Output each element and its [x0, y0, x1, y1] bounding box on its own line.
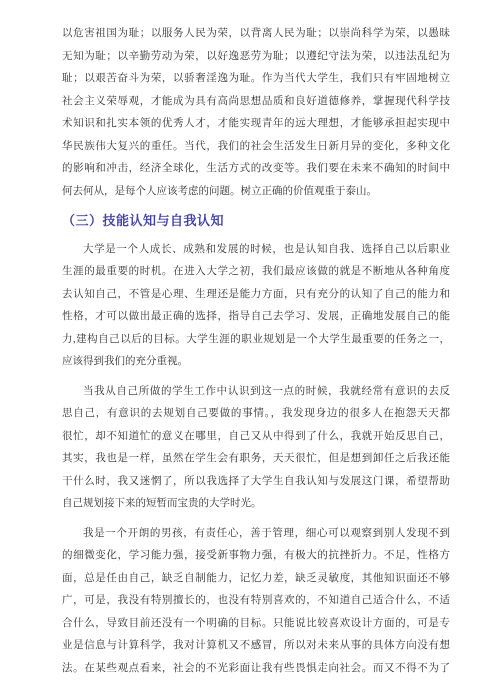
text-line: 的细微变化，学习能力强，接受新事物力强，有极大的抗挫折力。不足，性格方: [62, 545, 450, 568]
text-line: 业是信息与计算科学，我对计算机又不感冒，所以对未来从事的具体方向没有想: [62, 635, 450, 658]
paragraph: 以危害祖国为耻；以服务人民为荣，以背离人民为耻；以崇尚科学为荣，以愚昧无知为耻；…: [62, 23, 450, 203]
text-line: 很忙，却不知道忙的意义在哪里，自己又从中得到了什么，我就开始反思自己，: [62, 426, 450, 449]
text-line: 术知识和扎实本领的优秀人才，才能实现青年的远大理想，才能够承担起实现中: [62, 113, 450, 136]
text-line: 去认知自己，不管是心理、生理还是能力方面，只有充分的认知了自己的能力和: [62, 284, 450, 307]
document-content: 以危害祖国为耻；以服务人民为荣，以背离人民为耻；以崇尚科学为荣，以愚昧无知为耻；…: [0, 0, 500, 680]
text-line: 耻；以艰苦奋斗为荣，以骄奢淫逸为耻。作为当代大学生，我们只有牢固地树立: [62, 68, 450, 91]
text-line: 何去何从，是每个人应该考虑的问题。树立正确的价值观重于泰山。: [62, 181, 450, 204]
paragraph: 当我从自己所做的学生工作中认识到这一点的时候，我就经常有意识的去反思自己，有意识…: [62, 381, 450, 516]
text-line: 无知为耻；以辛勤劳动为荣，以好逸恶劳为耻；以遵纪守法为荣，以违法乱纪为: [62, 46, 450, 69]
text-line: 以危害祖国为耻；以服务人民为荣，以背离人民为耻；以崇尚科学为荣，以愚昧: [62, 23, 450, 46]
text-line: 自己规划接下来的短暂而宝贵的大学时光。: [62, 493, 450, 516]
text-line: 力,建构自己以后的目标。大学生涯的职业规划是一个大学生最重要的任务之一，: [62, 329, 450, 352]
text-line: 性格，才可以做出最正确的选择，指导自己去学习、发展，正确地发展自己的能: [62, 306, 450, 329]
text-line: 生涯的最重要的时机。在进入大学之初，我们最应该做的就是不断地从各种角度: [62, 261, 450, 284]
text-line: 面，总是任由自己，缺乏自制能力，记忆力差，缺乏灵敏度，其他知识面还不够: [62, 568, 450, 591]
text-line: 广，可是，我没有特别擅长的，也没有特别喜欢的，不知道自己适合什么，不适: [62, 590, 450, 613]
text-line: 我是一个开朗的男孩，有责任心，善于管理，细心可以观察到别人发现不到: [62, 523, 450, 546]
paragraph: 我是一个开朗的男孩，有责任心，善于管理，细心可以观察到别人发现不到的细微变化，学…: [62, 523, 450, 681]
text-line: 应该得到我们的充分重视。: [62, 351, 450, 374]
text-line: 思自己，有意识的去规划自己要做的事情。，我发现身边的很多人在抱怨天天都: [62, 403, 450, 426]
text-line: 大学是一个人成长、成熟和发展的时候，也是认知自我、选择自己以后职业: [62, 239, 450, 262]
text-line: 当我从自己所做的学生工作中认识到这一点的时候，我就经常有意识的去反: [62, 381, 450, 404]
text-line: 合什么，导致目前还没有一个明确的目标。只能说比较喜欢设计方面的，可是专: [62, 613, 450, 636]
document-page: 以危害祖国为耻；以服务人民为荣，以背离人民为耻；以崇尚科学为荣，以愚昧无知为耻；…: [0, 0, 500, 694]
section-heading: （三）技能认知与自我认知: [62, 210, 450, 233]
text-line: 华民族伟大复兴的重任。当代，我们的社会生活发生日新月异的变化，多种文化: [62, 136, 450, 159]
text-line: 干什么时，我又迷惘了，所以我选择了大学生自我认知与发展这门课，希望帮助: [62, 471, 450, 494]
text-line: 法。在某些观点看来，社会的不光彩面让我有些畏惧走向社会。而又不得不为了: [62, 658, 450, 681]
paragraph: 大学是一个人成长、成熟和发展的时候，也是认知自我、选择自己以后职业生涯的最重要的…: [62, 239, 450, 374]
text-line: 其实，我也是一样，虽然在学生会有职务，天天很忙，但是想到卸任之后我还能: [62, 448, 450, 471]
text-line: 的影响和冲击，经济全球化，生活方式的改变等。我们要在未来不确知的时间中: [62, 158, 450, 181]
text-line: 社会主义荣辱观，才能成为具有高尚思想品质和良好道德修养，掌握现代科学技: [62, 91, 450, 114]
